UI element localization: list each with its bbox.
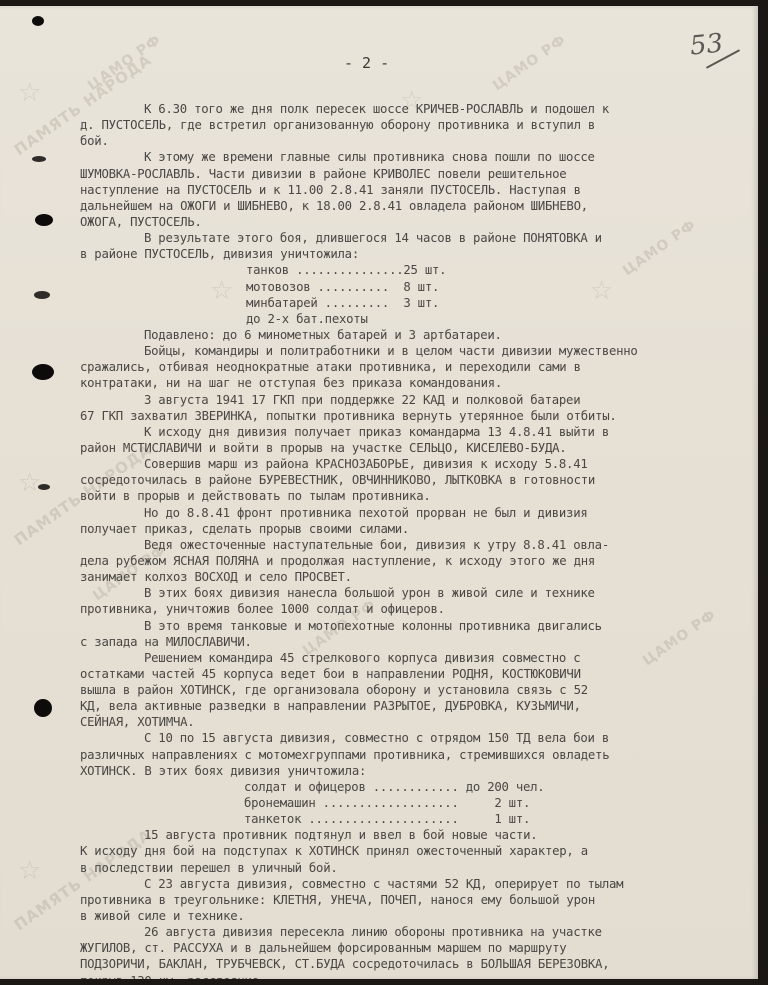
text-line: дальнейшем на ОЖОГИ и ШИБНЕВО, к 18.00 2… — [80, 198, 758, 214]
text-line: танков ...............25 шт. — [80, 262, 758, 278]
text-line: танкеток ..................... 1 шт. — [80, 811, 758, 827]
text-line: солдат и офицеров ............ до 200 че… — [80, 779, 758, 795]
text-line: 3 августа 1941 17 ГКП при поддержке 22 К… — [80, 392, 758, 408]
text-line: различных направлениях с мотомехгруппами… — [80, 747, 758, 763]
text-line: в последствии перешел в уличный бой. — [80, 860, 758, 876]
text-line: ЖУГИЛОВ, ст. РАССУХА и в дальнейшем форс… — [80, 940, 758, 956]
text-line: ХОТИНСК. В этих боях дивизия уничтожила: — [80, 763, 758, 779]
handwritten-folio-number: 53 — [689, 28, 725, 61]
text-line: контратаки, ни на шаг не отступая без пр… — [80, 375, 758, 391]
punch-hole — [34, 699, 52, 717]
punch-hole — [34, 291, 50, 299]
text-line: Совершив марш из района КРАСНОЗАБОРЬЕ, д… — [80, 456, 758, 472]
text-line: ШУМОВКА-РОСЛАВЛЬ. Части дивизии в районе… — [80, 166, 758, 182]
punch-hole — [32, 16, 44, 26]
text-line: 15 августа противник подтянул и ввел в б… — [80, 827, 758, 843]
text-line: В это время танковые и мотопехотные коло… — [80, 618, 758, 634]
text-line: Подавлено: до 6 минометных батарей и 3 а… — [80, 327, 758, 343]
text-line: С 23 августа дивизия, совместно с частям… — [80, 876, 758, 892]
text-line: дела рубежом ЯСНАЯ ПОЛЯНА и продолжая на… — [80, 553, 758, 569]
text-line: вышла в район ХОТИНСК, где организовала … — [80, 682, 758, 698]
watermark: ЦАМО РФ — [85, 32, 164, 94]
text-line: 26 августа дивизия пересекла линию оборо… — [80, 924, 758, 940]
text-line: В этих боях дивизия нанесла большой урон… — [80, 585, 758, 601]
text-line: получает приказ, сделать прорыв своими с… — [80, 521, 758, 537]
text-line: покрыв 130 км. расстояние. — [80, 973, 758, 979]
text-line: в живой силе и технике. — [80, 908, 758, 924]
text-line: наступление на ПУСТОСЕЛЬ и к 11.00 2.8.4… — [80, 182, 758, 198]
text-line: бронемашин ................... 2 шт. — [80, 795, 758, 811]
punch-hole — [35, 214, 53, 226]
watermark: ЦАМО РФ — [490, 32, 569, 94]
text-line: С 10 по 15 августа дивизия, совместно с … — [80, 730, 758, 746]
text-line: сражались, отбивая неоднократные атаки п… — [80, 359, 758, 375]
text-line: противника, уничтожив более 1000 солдат … — [80, 601, 758, 617]
document-body: К 6.30 того же дня полк пересек шоссе КР… — [80, 101, 758, 979]
text-line: 67 ГКП захватил ЗВЕРИНКА, попытки против… — [80, 408, 758, 424]
text-line: ПОДЗОРИЧИ, БАКЛАН, ТРУБЧЕВСК, СТ.БУДА со… — [80, 956, 758, 972]
text-line: Но до 8.8.41 фронт противника пехотой пр… — [80, 505, 758, 521]
punch-hole — [32, 156, 46, 162]
text-line: район МСТИСЛАВИЧИ и войти в прорыв на уч… — [80, 440, 758, 456]
text-line: до 2-х бат.пехоты — [80, 311, 758, 327]
text-line: противника в треугольнике: КЛЕТНЯ, УНЕЧА… — [80, 892, 758, 908]
text-line: В результате этого боя, длившегося 14 ча… — [80, 230, 758, 246]
text-line: К исходу дня дивизия получает приказ ком… — [80, 424, 758, 440]
text-line: войти в прорыв и действовать по тылам пр… — [80, 488, 758, 504]
text-line: Бойцы, командиры и политработники и в це… — [80, 343, 758, 359]
text-line: ОЖОГА, ПУСТОСЕЛЬ. — [80, 214, 758, 230]
text-line: Ведя ожесточенные наступательные бои, ди… — [80, 537, 758, 553]
star-icon: ☆ — [18, 856, 41, 886]
text-line: д. ПУСТОСЕЛЬ, где встретил организованну… — [80, 117, 758, 133]
star-icon: ☆ — [18, 468, 41, 498]
text-line: остатками частей 45 корпуса ведет бои в … — [80, 666, 758, 682]
text-line: с запада на МИЛОСЛАВИЧИ. — [80, 634, 758, 650]
text-line: бой. — [80, 133, 758, 149]
text-line: в районе ПУСТОСЕЛЬ, дивизия уничтожила: — [80, 246, 758, 262]
text-line: СЕЙНАЯ, ХОТИМЧА. — [80, 714, 758, 730]
text-line: К исходу дня бой на подступах к ХОТИНСК … — [80, 843, 758, 859]
text-line: минбатарей ......... 3 шт. — [80, 295, 758, 311]
text-line: сосредоточилась в районе БУРЕВЕСТНИК, ОВ… — [80, 472, 758, 488]
text-line: занимает колхоз ВОСХОД и село ПРОСВЕТ. — [80, 569, 758, 585]
text-line: К 6.30 того же дня полк пересек шоссе КР… — [80, 101, 758, 117]
document-page: ЦАМО РФ ЦАМО РФ ЦАМО РФ ЦАМО РФ ЦАМО РФ … — [0, 6, 758, 979]
text-line: КД, вела активные разведки в направлении… — [80, 698, 758, 714]
text-line: мотовозов .......... 8 шт. — [80, 279, 758, 295]
text-line: К этому же времени главные силы противни… — [80, 149, 758, 165]
punch-hole — [32, 364, 54, 380]
text-line: Решением командира 45 стрелкового корпус… — [80, 650, 758, 666]
page-number: - 2 - — [344, 54, 389, 72]
star-icon: ☆ — [18, 78, 41, 108]
